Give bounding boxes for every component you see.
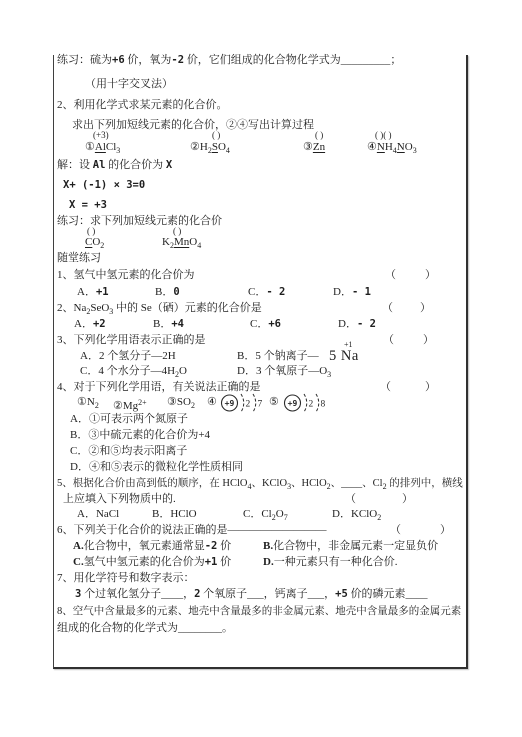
text-run: D．	[333, 286, 352, 298]
text-run: D．	[338, 318, 357, 330]
q5-options: A．NaClB．HClOC．Cl2O7D．KClO2	[57, 507, 464, 522]
text-run: +6	[112, 54, 125, 66]
text-run: B.	[263, 540, 273, 552]
text-run: 随堂练习	[57, 252, 101, 264]
text-run: 氢气中氢元素的化合价为	[84, 556, 205, 568]
text-run: ②H	[190, 141, 208, 153]
text-run: 一种元素只有一种化合价.	[274, 556, 398, 568]
text-run: ③SO	[167, 396, 191, 408]
text-run: N	[377, 141, 385, 153]
text-run: 2+	[138, 398, 147, 407]
text-run: 价，它们组成的化合物化学式为_________	[184, 54, 390, 66]
q6-options-ab: A.化合物中，氧元素通常显-2 价B.化合物中，非金属元素一定显负价	[57, 539, 464, 554]
text-run-group: ③SO2	[167, 395, 195, 413]
text-run-group: B．0	[155, 285, 180, 300]
text-run: 中的 Se（硒）元素的化合价是	[113, 302, 262, 314]
worksheet-page: 练习：硫为+6 价，氧为-2 价，它们组成的化合物化学式为_________；（…	[0, 0, 522, 737]
text-run: 价的磷元素____	[348, 588, 428, 600]
text-run: ①N	[77, 396, 95, 408]
valence-blanks-row: (+3)( )( )( )( )	[57, 130, 464, 140]
ion-symbol: 5 Na	[329, 349, 359, 364]
q5-stem-line1: 5、根据化合价由高到低的顺序，在 HClO4、KClO3、HClO2、____、…	[57, 476, 464, 491]
svg-text:7: 7	[258, 400, 263, 410]
text-run: 4	[197, 241, 201, 250]
q5-stem-line2: 上应填入下列物质中的.（）	[57, 492, 470, 507]
text-run: （	[380, 380, 391, 395]
text-run: ④	[367, 141, 377, 153]
text-run: （	[383, 333, 394, 348]
text-run: +2	[93, 318, 106, 330]
text-run: ）	[423, 333, 434, 348]
text-run-group: C．- 2	[248, 285, 285, 300]
text-run: （	[385, 268, 396, 283]
text-run: C．Cl	[243, 508, 272, 520]
text-run: X+ (-1) × 3=0	[63, 179, 145, 191]
text-run: C.	[73, 556, 84, 568]
q1-stem: 1、氢气中氢元素的化合价为（）	[57, 268, 464, 283]
text-run: A．①可表示两个氮原子	[70, 412, 188, 427]
text-run: （	[382, 301, 393, 316]
q4-option-d: D．④和⑤表示的微粒化学性质相同	[57, 460, 464, 475]
text-run: 8、空气中含量最多的元素、地壳中含量最多的非金属元素、地壳中含量最多的金属元素	[57, 606, 461, 617]
text-run: - 2	[357, 318, 376, 330]
text-run: A．	[77, 286, 96, 298]
text-run-group: ①AlCl3	[85, 140, 120, 158]
svg-text:8: 8	[321, 400, 326, 410]
svg-text:+9: +9	[288, 399, 298, 408]
text-run: O	[218, 141, 226, 153]
text-run: ）	[402, 492, 413, 507]
text-run-group: A.化合物中，氧元素通常显-2 价	[73, 539, 231, 554]
quiz-section-title: 随堂练习	[57, 251, 464, 266]
text-run: ；	[390, 54, 401, 66]
text-run: ）	[425, 268, 436, 283]
text-run: +6	[268, 318, 281, 330]
text-run: ( )( )	[375, 130, 392, 140]
text-run: （用十字交叉法）	[85, 78, 173, 90]
text-run: 、HClO	[291, 478, 327, 489]
text-run: O	[276, 508, 284, 520]
text-run: O	[405, 141, 413, 153]
text-run: A．NaCl	[77, 507, 119, 522]
solution-result: X = +3	[57, 198, 476, 213]
text-run: 上应填入下列物质中的.	[63, 493, 176, 505]
q4-items: ①N2②Mg2+③SO2④+927⑤+928	[57, 395, 464, 410]
text-run: ④	[207, 395, 217, 410]
text-run: 2	[377, 513, 381, 522]
text-run: Zn	[313, 141, 325, 153]
text-run: 7	[284, 513, 288, 522]
q4-option-c: C．②和⑤均表示阳离子	[57, 444, 464, 459]
text-run: D.	[263, 556, 274, 568]
text-run: ( )	[315, 130, 323, 140]
text-run: D．KClO	[332, 508, 377, 520]
text-run: H	[385, 141, 393, 153]
text-run: -2	[205, 540, 218, 552]
text-run: +1	[96, 286, 109, 298]
q2-options: A．+2B．+4C．+6D．- 2	[57, 317, 464, 332]
text-run: Cl	[106, 141, 116, 153]
text-run: +4	[171, 318, 184, 330]
text-run: B．HClO	[152, 507, 197, 522]
text-run: 2	[191, 401, 195, 410]
text-run: 0	[173, 286, 179, 298]
text-run: D．3 个氧原子—O	[237, 365, 327, 377]
ion-notation-stack: +15 Na	[329, 341, 359, 364]
text-run: ）	[440, 523, 451, 538]
text-run: 价，氧为	[125, 54, 172, 66]
text-run: - 2	[266, 286, 285, 298]
q3-stem: 3、下列化学用语表示正确的是（）	[57, 333, 464, 348]
text-run: 、____、Cl	[331, 478, 383, 489]
text-run: C．	[250, 318, 268, 330]
practice-formula-row: CO2K2MnO4	[57, 235, 464, 250]
text-run: 5、根据化合价由高到低的顺序，在 HClO	[57, 478, 247, 489]
text-run-group: ③Zn	[303, 140, 325, 155]
text-run: 解：设	[57, 159, 93, 171]
svg-text:2: 2	[309, 400, 314, 410]
text-run: 2、Na	[57, 302, 86, 314]
text-run: +1	[205, 556, 218, 568]
text-run: ）	[420, 301, 431, 316]
text-run: B．	[155, 286, 173, 298]
text-run: （	[345, 492, 356, 507]
solution-equation: X+ (-1) × 3=0	[57, 178, 470, 193]
text-run: 3	[413, 146, 417, 155]
q4-option-a: A．①可表示两个氮原子	[57, 412, 464, 427]
text-run-group: D．- 2	[338, 317, 376, 332]
text-run: B．5 个钠离子—	[237, 349, 321, 364]
text-run: 价	[217, 556, 231, 568]
text-run: 6、下列关于化合价的说法正确的是—————————	[57, 524, 327, 536]
q6-options-cd: C.氢气中氢元素的化合价为+1 价D.一种元素只有一种化合价.	[57, 555, 464, 570]
text-run: C．4 个水分子—4H	[80, 365, 175, 377]
text-run: 价	[217, 540, 231, 552]
text-run: +5	[335, 588, 348, 600]
q1-options: A．+1B．0C．- 2D．- 1	[57, 285, 464, 300]
text-run: -2	[171, 54, 184, 66]
text-run: ( )	[212, 130, 220, 140]
q3-options-cd: C．4 个水分子—4H2OD．3 个氧原子—O3	[57, 364, 464, 379]
text-run: 3、下列化学用语表示正确的是	[57, 334, 206, 346]
text-run: 4	[226, 146, 230, 155]
text-run: (+3)	[93, 130, 109, 140]
text-run: ⑤	[269, 395, 279, 410]
text-run: ②Mg	[113, 400, 138, 412]
text-run: K	[162, 236, 170, 248]
text-run: A.	[73, 540, 84, 552]
text-run: 7、用化学符号和数字表示：	[57, 572, 195, 584]
text-run: ①	[85, 141, 95, 153]
text-run: 3	[327, 370, 331, 379]
text-run: 2	[95, 401, 99, 410]
text-run: O	[189, 236, 197, 248]
text-run: O	[179, 365, 187, 377]
text-run-group: D．- 1	[333, 285, 371, 300]
q8-stem-line1: 8、空气中含量最多的元素、地壳中含量最多的非金属元素、地壳中含量最多的金属元素	[57, 604, 464, 619]
text-run: 个过氧化氢分子____，	[81, 588, 194, 600]
text-run-group: A．+2	[74, 317, 106, 332]
text-run: N	[397, 141, 405, 153]
text-run: Mn	[174, 236, 189, 248]
text-run: - 1	[352, 286, 371, 298]
text-run-group: C．+6	[250, 317, 281, 332]
q2-stem: 2、Na2SeO3 中的 Se（硒）元素的化合价是（）	[57, 301, 464, 316]
svg-text:2: 2	[246, 400, 251, 410]
text-run: D．④和⑤表示的微粒化学性质相同	[70, 460, 243, 475]
text-run: 化合物中，非金属元素一定显负价	[273, 540, 438, 552]
text-run-group: B．+4	[153, 317, 184, 332]
solution-setup: 解：设 Al 的化合价为 X	[57, 158, 464, 173]
text-run: A．2 个氢分子—2H	[80, 349, 176, 364]
q8-stem-line2: 组成的化合物的化学式为________。	[57, 621, 464, 636]
q3-options-ab: A．2 个氢分子—2HB．5 个钠离子— +15 Na	[57, 349, 464, 364]
text-run: B．③中硫元素的化合价为+4	[70, 428, 210, 443]
text-run: （	[390, 523, 401, 538]
text-run: 个氧原子___，钙离子___，	[200, 588, 335, 600]
text-run: X	[166, 159, 172, 171]
text-run: A．	[74, 318, 93, 330]
text-run: 3	[116, 146, 120, 155]
text-run: X = +3	[69, 199, 107, 211]
q6-stem: 6、下列关于化合价的说法正确的是—————————（）	[57, 523, 464, 538]
q4-option-b: B．③中硫元素的化合价为+4	[57, 428, 464, 443]
text-run: 2、利用化学式求某元素的化合价。	[57, 99, 228, 111]
text-run: ③	[303, 141, 313, 153]
q7-blanks: 3 个过氧化氢分子____，2 个氧原子___，钙离子___，+5 价的磷元素_…	[57, 587, 482, 602]
exercise-cross-method-stem: 练习：硫为+6 价，氧为-2 价，它们组成的化合物化学式为_________；	[57, 53, 464, 68]
text-run-group: B.化合物中，非金属元素一定显负价	[263, 539, 438, 554]
text-run: Al	[95, 141, 106, 153]
cross-method-note: （用十字交叉法）	[57, 77, 492, 92]
text-run: 练习：硫为	[57, 54, 112, 66]
section-2-title: 2、利用化学式求某元素的化合价。	[57, 98, 464, 113]
text-run: SeO	[90, 302, 109, 314]
text-run-group: C.氢气中氢元素的化合价为+1 价	[73, 555, 231, 570]
q7-stem: 7、用化学符号和数字表示：	[57, 571, 464, 586]
svg-text:+9: +9	[225, 399, 235, 408]
text-run: 组成的化合物的化学式为________。	[57, 622, 233, 634]
text-run-group: ④NH4NO3	[367, 140, 417, 158]
text-run-group: A．+1	[77, 285, 109, 300]
text-run: ）	[425, 380, 436, 395]
text-run: B．	[153, 318, 171, 330]
text-run: 的排列中，横线	[387, 478, 463, 489]
text-run: 1、氢气中氢元素的化合价为	[57, 269, 195, 281]
text-run: C．	[248, 286, 266, 298]
text-run-group: ②H2SO4	[190, 140, 230, 158]
text-run: 化合物中，氧元素通常显	[84, 540, 205, 552]
text-run: 的化合价为	[105, 159, 166, 171]
text-run: 、KClO	[251, 478, 287, 489]
text-run-group: D.一种元素只有一种化合价.	[263, 555, 397, 570]
text-run: 2	[100, 241, 104, 250]
text-run-group: ①N2	[77, 395, 99, 413]
formula-row: ①AlCl3②H2SO4③Zn④NH4NO3	[57, 140, 464, 155]
text-run: C．②和⑤均表示阳离子	[70, 444, 187, 459]
text-run: Al	[93, 159, 106, 171]
